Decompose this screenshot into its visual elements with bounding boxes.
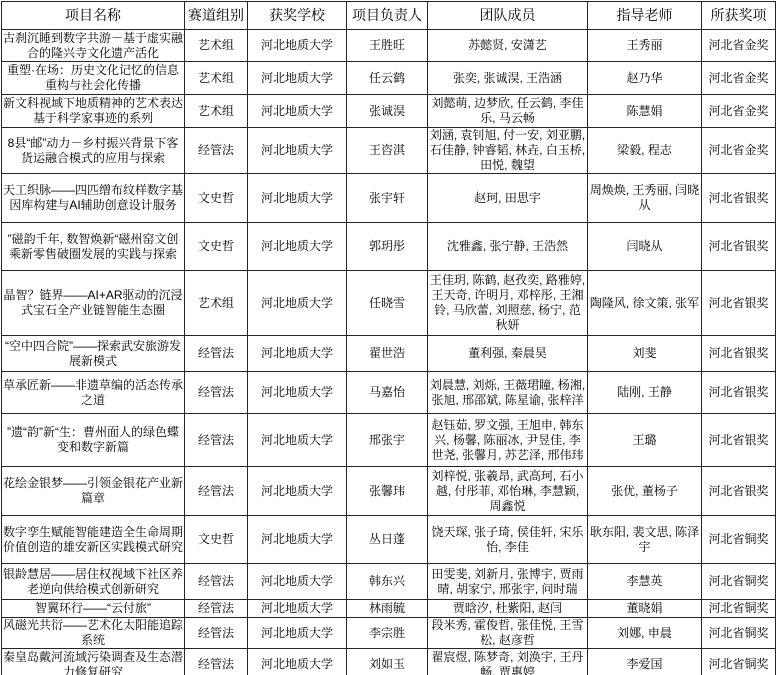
- cell-project-name[interactable]: 晶智？链界——AI+AR驱动的沉浸式宝石全产业链智能生态圈: [2, 271, 185, 336]
- cell-award[interactable]: 河北省金奖: [702, 30, 776, 62]
- cell-project-leader[interactable]: 刘如玉: [347, 649, 428, 675]
- cell-track-group[interactable]: 经管法: [185, 128, 248, 174]
- col-header-school[interactable]: 获奖学校: [248, 2, 347, 30]
- cell-project-leader[interactable]: 韩东兴: [347, 564, 428, 600]
- cell-team-members[interactable]: 董利强, 秦晨昊: [428, 336, 588, 372]
- cell-advisors[interactable]: 陈慧娟: [588, 95, 702, 128]
- cell-project-name[interactable]: 数字孪生赋能智能建造全生命周期价值创造的雄安新区实践模式研究: [2, 516, 185, 564]
- cell-team-members[interactable]: 田雯斐, 刘新月, 张博宇, 贾雨晴, 胡家宁, 邢张宇, 问时瑞: [428, 564, 588, 600]
- cell-project-leader[interactable]: 邢张宇: [347, 414, 428, 467]
- cell-award[interactable]: 河北省金奖: [702, 128, 776, 174]
- cell-track-group[interactable]: 经管法: [185, 564, 248, 600]
- cell-award[interactable]: 河北省铜奖: [702, 516, 776, 564]
- cell-project-name[interactable]: 重塑·在场：历史文化记忆的信息重构与社会化传播: [2, 62, 185, 95]
- cell-team-members[interactable]: 沈雅鑫, 张宁静, 王浩然: [428, 223, 588, 271]
- cell-school[interactable]: 河北地质大学: [248, 372, 347, 414]
- cell-school[interactable]: 河北地质大学: [248, 516, 347, 564]
- cell-award[interactable]: 河北省铜奖: [702, 564, 776, 600]
- cell-team-members[interactable]: 刘涵, 袁钊旭, 付一安, 刘亚鹏, 石佳静, 钟睿韬, 林垚, 白玉桥, 田悦…: [428, 128, 588, 174]
- cell-team-members[interactable]: 王佳玥, 陈鹤, 赵孜奕, 路雅婷, 王天奇, 许明月, 邓梓彤, 王湘铃, 马…: [428, 271, 588, 336]
- cell-advisors[interactable]: 耿东阳, 裴文思, 陈泽宇: [588, 516, 702, 564]
- cell-advisors[interactable]: 刘娜, 申晨: [588, 618, 702, 649]
- table-row: 秦皇岛戴河流域污染调查及生态潜力修复研究 经管法 河北地质大学 刘如玉 翟宸煜,…: [2, 649, 776, 675]
- cell-advisors[interactable]: 陆刚, 王静: [588, 372, 702, 414]
- cell-advisors[interactable]: 王秀丽: [588, 30, 702, 62]
- cell-team-members[interactable]: 刘晨慧, 刘烁, 王薇珺瞳, 杨湘, 张旭, 邢邵斌, 陈星谕, 张梓洋: [428, 372, 588, 414]
- table-row: 天工织脉——四匹缯布纹样数字基因库构建与AI辅助创意设计服务 文史哲 河北地质大…: [2, 174, 776, 223]
- cell-project-name[interactable]: 8县“邮”动力－乡村振兴背景下客货运融合模式的应用与探索: [2, 128, 185, 174]
- cell-project-leader[interactable]: 王胜旺: [347, 30, 428, 62]
- table-row: 晶智？链界——AI+AR驱动的沉浸式宝石全产业链智能生态圈 艺术组 河北地质大学…: [2, 271, 776, 336]
- cell-team-members[interactable]: 贾晗汐, 杜紫阳, 赵闫: [428, 600, 588, 618]
- col-header-team-members[interactable]: 团队成员: [428, 2, 588, 30]
- cell-team-members[interactable]: 苏懿贤, 安潇艺: [428, 30, 588, 62]
- cell-team-members[interactable]: 赵钰茹, 罗文强, 王旭申, 韩东兴, 杨馨, 陈丽冰, 尹昱佳, 李世尧, 张…: [428, 414, 588, 467]
- cell-project-leader[interactable]: 林雨毓: [347, 600, 428, 618]
- cell-team-members[interactable]: 翟宸煜, 陈梦奇, 刘涣宇, 王丹畅, 贾惠婷: [428, 649, 588, 675]
- col-header-award[interactable]: 所获奖项: [702, 2, 776, 30]
- cell-track-group[interactable]: 文史哲: [185, 223, 248, 271]
- cell-project-leader[interactable]: 任云鹤: [347, 62, 428, 95]
- cell-project-name[interactable]: ”遗“韵”新“生：曹州面人的绿色蝶变和数字新篇: [2, 414, 185, 467]
- cell-track-group[interactable]: 文史哲: [185, 516, 248, 564]
- cell-project-leader[interactable]: 张宇轩: [347, 174, 428, 223]
- cell-school[interactable]: 河北地质大学: [248, 95, 347, 128]
- cell-project-name[interactable]: 智翼环行——“云付旅”: [2, 600, 185, 618]
- table-row: ”遗“韵”新“生：曹州面人的绿色蝶变和数字新篇 经管法 河北地质大学 邢张宇 赵…: [2, 414, 776, 467]
- cell-project-name[interactable]: “空中四合院”——探索武安旅游发展新模式: [2, 336, 185, 372]
- cell-track-group[interactable]: 艺术组: [185, 271, 248, 336]
- cell-track-group[interactable]: 艺术组: [185, 95, 248, 128]
- table-row: 花绘金银梦——引领金银花产业新篇章 经管法 河北地质大学 张馨玮 刘梓悦, 张羲…: [2, 467, 776, 516]
- cell-advisors[interactable]: 陶隆风, 徐文策, 张军: [588, 271, 702, 336]
- cell-award[interactable]: 河北省银奖: [702, 336, 776, 372]
- cell-track-group[interactable]: 文史哲: [185, 174, 248, 223]
- cell-track-group[interactable]: 经管法: [185, 467, 248, 516]
- cell-project-name[interactable]: 天工织脉——四匹缯布纹样数字基因库构建与AI辅助创意设计服务: [2, 174, 185, 223]
- cell-track-group[interactable]: 艺术组: [185, 62, 248, 95]
- cell-award[interactable]: 河北省铜奖: [702, 649, 776, 675]
- cell-track-group[interactable]: 经管法: [185, 649, 248, 675]
- cell-project-name[interactable]: 新文科视域下地质精神的艺术表达 基于科学家事迹的系列: [2, 95, 185, 128]
- cell-school[interactable]: 河北地质大学: [248, 618, 347, 649]
- cell-advisors[interactable]: 刘斐: [588, 336, 702, 372]
- table-row: 智翼环行——“云付旅” 经管法 河北地质大学 林雨毓 贾晗汐, 杜紫阳, 赵闫 …: [2, 600, 776, 618]
- cell-project-leader[interactable]: 丛日蓬: [347, 516, 428, 564]
- cell-track-group[interactable]: 经管法: [185, 600, 248, 618]
- table-row: 8县“邮”动力－乡村振兴背景下客货运融合模式的应用与探索 经管法 河北地质大学 …: [2, 128, 776, 174]
- cell-advisors[interactable]: 董晓娟: [588, 600, 702, 618]
- cell-award[interactable]: 河北省银奖: [702, 414, 776, 467]
- spreadsheet-view: 项目名称 赛道组别 获奖学校 项目负责人 团队成员 指导老师 所获奖项 古刹沉睡…: [0, 0, 776, 675]
- cell-team-members[interactable]: 刘梓悦, 张羲昂, 武高珂, 石小越, 付彤菲, 邓怡琳, 李慧颖, 周鑫悦: [428, 467, 588, 516]
- table-row: ”磁韵千年, 数智焕新“磁州窑文创乘新零售破圈发展的实践与探索 文史哲 河北地质…: [2, 223, 776, 271]
- table-row: 新文科视域下地质精神的艺术表达 基于科学家事迹的系列 艺术组 河北地质大学 张诚…: [2, 95, 776, 128]
- cell-award[interactable]: 河北省银奖: [702, 174, 776, 223]
- cell-team-members[interactable]: 段米秀, 霍俊哲, 张佳悦, 王雪松, 赵彦哲: [428, 618, 588, 649]
- cell-school[interactable]: 河北地质大学: [248, 414, 347, 467]
- cell-project-leader[interactable]: 李宗胜: [347, 618, 428, 649]
- col-header-project-name[interactable]: 项目名称: [2, 2, 185, 30]
- cell-award[interactable]: 河北省铜奖: [702, 600, 776, 618]
- cell-project-leader[interactable]: 马嘉怡: [347, 372, 428, 414]
- table-row: 风磁光共衍——艺术化太阳能追踪系统 经管法 河北地质大学 李宗胜 段米秀, 霍俊…: [2, 618, 776, 649]
- table-row: 数字孪生赋能智能建造全生命周期价值创造的雄安新区实践模式研究 文史哲 河北地质大…: [2, 516, 776, 564]
- cell-track-group[interactable]: 经管法: [185, 372, 248, 414]
- cell-school[interactable]: 河北地质大学: [248, 62, 347, 95]
- cell-advisors[interactable]: 梁毅, 程志: [588, 128, 702, 174]
- cell-school[interactable]: 河北地质大学: [248, 174, 347, 223]
- cell-advisors[interactable]: 李爱国: [588, 649, 702, 675]
- cell-school[interactable]: 河北地质大学: [248, 564, 347, 600]
- cell-project-leader[interactable]: 郭玥彤: [347, 223, 428, 271]
- cell-school[interactable]: 河北地质大学: [248, 223, 347, 271]
- cell-team-members[interactable]: 赵珂, 田思宇: [428, 174, 588, 223]
- awards-table: 项目名称 赛道组别 获奖学校 项目负责人 团队成员 指导老师 所获奖项 古刹沉睡…: [1, 1, 776, 675]
- cell-project-name[interactable]: ”磁韵千年, 数智焕新“磁州窑文创乘新零售破圈发展的实践与探索: [2, 223, 185, 271]
- cell-school[interactable]: 河北地质大学: [248, 336, 347, 372]
- cell-school[interactable]: 河北地质大学: [248, 271, 347, 336]
- table-row: “空中四合院”——探索武安旅游发展新模式 经管法 河北地质大学 翟世浩 董利强,…: [2, 336, 776, 372]
- table-row: 银龄慧居——居住权视域下社区养老逆向供给模式创新研究 经管法 河北地质大学 韩东…: [2, 564, 776, 600]
- cell-project-leader[interactable]: 张诚淏: [347, 95, 428, 128]
- cell-project-name[interactable]: 古刹沉睡到数字共游－基于虚实融合的隆兴寺文化遗产活化: [2, 30, 185, 62]
- cell-project-name[interactable]: 银龄慧居——居住权视域下社区养老逆向供给模式创新研究: [2, 564, 185, 600]
- cell-advisors[interactable]: 张优, 董杨子: [588, 467, 702, 516]
- col-header-project-leader[interactable]: 项目负责人: [347, 2, 428, 30]
- cell-team-members[interactable]: 饶天琛, 张子琦, 侯佳轩, 宋乐怡, 李佳: [428, 516, 588, 564]
- cell-project-leader[interactable]: 张馨玮: [347, 467, 428, 516]
- cell-award[interactable]: 河北省金奖: [702, 95, 776, 128]
- cell-award[interactable]: 河北省银奖: [702, 271, 776, 336]
- cell-track-group[interactable]: 经管法: [185, 336, 248, 372]
- cell-track-group[interactable]: 经管法: [185, 618, 248, 649]
- col-header-advisors[interactable]: 指导老师: [588, 2, 702, 30]
- cell-advisors[interactable]: 王璐: [588, 414, 702, 467]
- col-header-track-group[interactable]: 赛道组别: [185, 2, 248, 30]
- cell-project-leader[interactable]: 翟世浩: [347, 336, 428, 372]
- cell-project-name[interactable]: 草承匠新——非遗草编的活态传承之道: [2, 372, 185, 414]
- cell-project-name[interactable]: 风磁光共衍——艺术化太阳能追踪系统: [2, 618, 185, 649]
- cell-award[interactable]: 河北省银奖: [702, 223, 776, 271]
- cell-school[interactable]: 河北地质大学: [248, 128, 347, 174]
- cell-award[interactable]: 河北省金奖: [702, 62, 776, 95]
- cell-track-group[interactable]: 经管法: [185, 414, 248, 467]
- cell-track-group[interactable]: 艺术组: [185, 30, 248, 62]
- cell-award[interactable]: 河北省铜奖: [702, 618, 776, 649]
- table-row: 古刹沉睡到数字共游－基于虚实融合的隆兴寺文化遗产活化 艺术组 河北地质大学 王胜…: [2, 30, 776, 62]
- cell-school[interactable]: 河北地质大学: [248, 30, 347, 62]
- cell-team-members[interactable]: 张奕, 张诚淏, 王浩涵: [428, 62, 588, 95]
- cell-advisors[interactable]: 闫晓从: [588, 223, 702, 271]
- cell-award[interactable]: 河北省银奖: [702, 467, 776, 516]
- cell-project-leader[interactable]: 王咨淇: [347, 128, 428, 174]
- header-row: 项目名称 赛道组别 获奖学校 项目负责人 团队成员 指导老师 所获奖项: [2, 2, 776, 30]
- cell-school[interactable]: 河北地质大学: [248, 649, 347, 675]
- cell-team-members[interactable]: 刘懿萌, 边梦欣, 任云鹤, 李佳乐, 马云畅: [428, 95, 588, 128]
- cell-project-leader[interactable]: 任晓雪: [347, 271, 428, 336]
- cell-project-name[interactable]: 花绘金银梦——引领金银花产业新篇章: [2, 467, 185, 516]
- cell-advisors[interactable]: 赵乃华: [588, 62, 702, 95]
- cell-project-name[interactable]: 秦皇岛戴河流域污染调查及生态潜力修复研究: [2, 649, 185, 675]
- cell-award[interactable]: 河北省银奖: [702, 372, 776, 414]
- table-row: 草承匠新——非遗草编的活态传承之道 经管法 河北地质大学 马嘉怡 刘晨慧, 刘烁…: [2, 372, 776, 414]
- cell-school[interactable]: 河北地质大学: [248, 467, 347, 516]
- cell-advisors[interactable]: 周焕焕, 王秀丽, 闫晓从: [588, 174, 702, 223]
- table-row: 重塑·在场：历史文化记忆的信息重构与社会化传播 艺术组 河北地质大学 任云鹤 张…: [2, 62, 776, 95]
- cell-school[interactable]: 河北地质大学: [248, 600, 347, 618]
- cell-advisors[interactable]: 李慧英: [588, 564, 702, 600]
